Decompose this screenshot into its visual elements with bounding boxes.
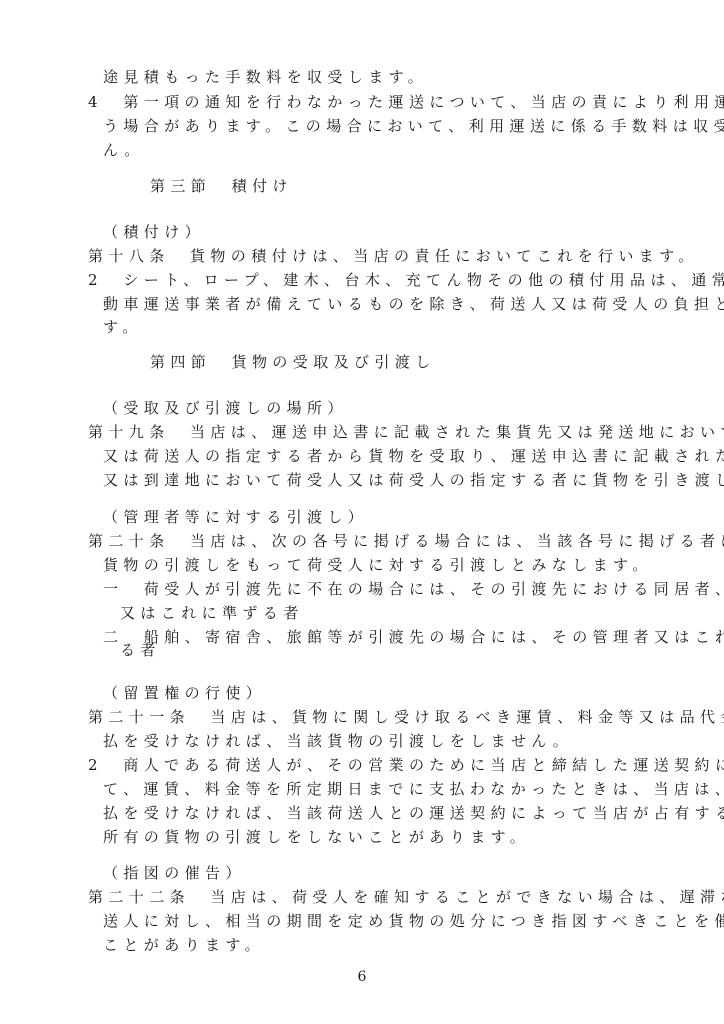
text-line-item-continuation: 又はこれに準ずる者	[120, 603, 304, 623]
text-line-paragraph: 2 シート、ロープ、建木、台木、充てん物その他の積付用品は、通常貨物自	[88, 270, 724, 290]
text-line-section-heading: 第三節 積付け	[150, 176, 293, 196]
text-line-article-caption: （受取及び引渡しの場所）	[103, 398, 348, 418]
text-line-continuation: 払を受けなければ、当該貨物の引渡しをしません。	[103, 731, 573, 751]
text-line-continuation: 途見積もった手数料を収受します。	[103, 67, 428, 87]
text-line-article-caption: （指図の催告）	[103, 863, 246, 883]
text-line-continuation: て、運賃、料金等を所定期日までに支払わなかったときは、当店は、その支	[103, 779, 724, 799]
text-line-item-continuation: る者	[120, 640, 161, 660]
text-line-item: 一 荷受人が引渡先に不在の場合には、その引渡先における同居者、従業員	[103, 579, 724, 599]
text-line-article: 第二十一条 当店は、貨物に関し受け取るべき運賃、料金等又は品代金等の支	[88, 707, 724, 727]
page-number: 6	[0, 968, 724, 986]
text-line-article: 第十九条 当店は、運送申込書に記載された集貨先又は発送地において荷送人	[88, 422, 724, 442]
text-line-continuation: す。	[103, 317, 143, 337]
text-line-paragraph: 4 第一項の通知を行わなかった運送について、当店の責により利用運送を行	[88, 92, 724, 112]
text-line-continuation: 所有の貨物の引渡しをしないことがあります。	[103, 827, 530, 847]
text-line-continuation: ん。	[103, 140, 145, 160]
text-line-item: 二 船舶、寄宿舎、旅館等が引渡先の場合には、その管理者又はこれに準ず	[103, 627, 724, 647]
text-line-continuation: 又は到達地において荷受人又は荷受人の指定する者に貨物を引き渡します。	[103, 470, 724, 490]
text-line-continuation: 貨物の引渡しをもって荷受人に対する引渡しとみなします。	[103, 555, 653, 575]
text-line-continuation: 動車運送事業者が備えているものを除き、荷送人又は荷受人の負担としま	[103, 294, 724, 314]
text-line-continuation: 送人に対し、相当の期間を定め貨物の処分につき指図すべきことを催告する	[103, 911, 724, 931]
text-line-article: 第二十条 当店は、次の各号に掲げる場合には、当該各号に掲げる者に対する	[88, 531, 724, 551]
text-line-section-heading: 第四節 貨物の受取及び引渡し	[150, 352, 436, 372]
text-line-article: 第十八条 貨物の積付けは、当店の責任においてこれを行います。	[88, 246, 699, 266]
text-line-paragraph: 2 商人である荷送人が、その営業のために当店と締結した運送契約につい	[88, 755, 724, 775]
text-line-article-caption: （積付け）	[103, 222, 205, 242]
text-line-article-caption: （管理者等に対する引渡し）	[103, 507, 368, 527]
text-line-continuation: う場合があります。この場合において、利用運送に係る手数料は収受しませ	[103, 116, 724, 136]
text-line-article: 第二十二条 当店は、荷受人を確知することができない場合は、遅滞なく、荷	[88, 887, 724, 907]
text-line-continuation: 払を受けなければ、当該荷送人との運送契約によって当店が占有する荷送人	[103, 803, 724, 823]
text-line-continuation: ことがあります。	[103, 935, 265, 955]
text-line-continuation: 又は荷送人の指定する者から貨物を受取り、運送申込書に記載された配達先	[103, 446, 724, 466]
text-line-article-caption: （留置権の行使）	[103, 683, 266, 703]
